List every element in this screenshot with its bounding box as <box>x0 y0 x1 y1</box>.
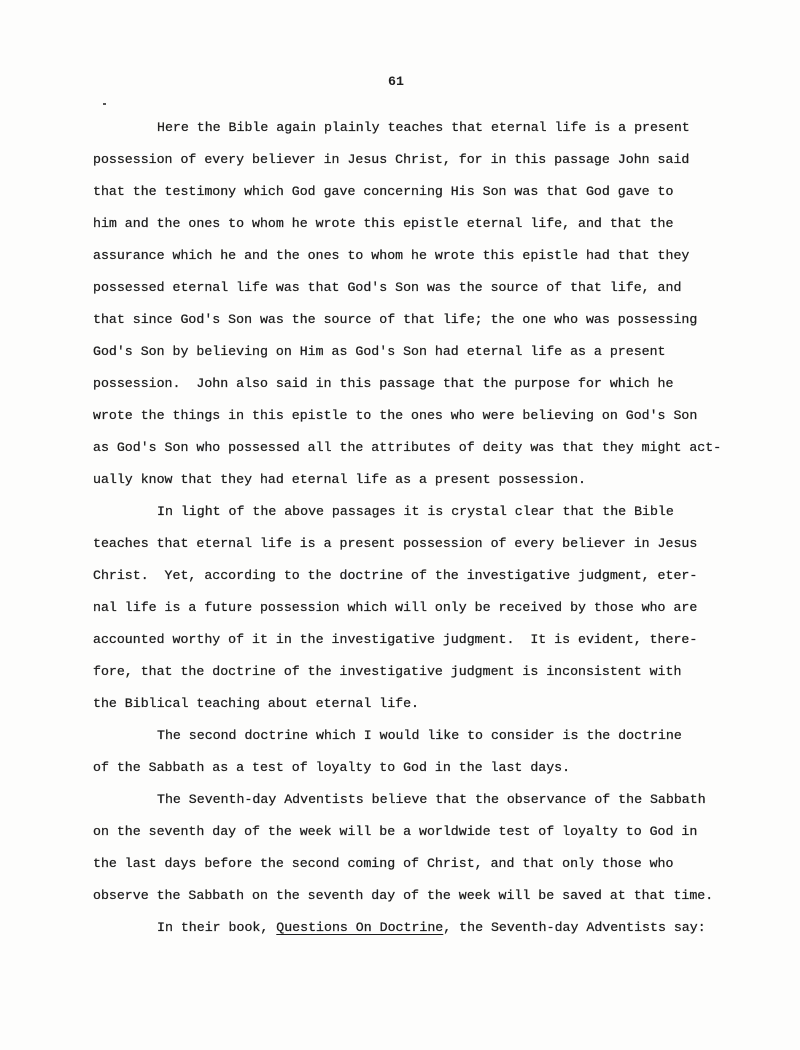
text-span: In their book, <box>157 920 276 935</box>
text-line: possession. John also said in this passa… <box>93 373 743 405</box>
margin-mark <box>103 103 106 105</box>
paragraph-first-line: In their book, Questions On Doctrine, th… <box>93 917 743 949</box>
book-title: Questions On Doctrine <box>276 920 443 935</box>
text-line: possessed eternal life was that God's So… <box>93 277 743 309</box>
text-line: wrote the things in this epistle to the … <box>93 405 743 437</box>
paragraph-first-line: Here the Bible again plainly teaches tha… <box>93 117 743 149</box>
document-page: 61 Here the Bible again plainly teaches … <box>0 0 800 1050</box>
text-line: that since God's Son was the source of t… <box>93 309 743 341</box>
text-line: nal life is a future possession which wi… <box>93 597 743 629</box>
text-line: of the Sabbath as a test of loyalty to G… <box>93 757 743 789</box>
paragraph-first-line: The second doctrine which I would like t… <box>93 725 743 757</box>
text-line: as God's Son who possessed all the attri… <box>93 437 743 469</box>
text-line: assurance which he and the ones to whom … <box>93 245 743 277</box>
page-number: 61 <box>0 74 792 89</box>
text-line: ually know that they had eternal life as… <box>93 469 743 501</box>
text-line: teaches that eternal life is a present p… <box>93 533 743 565</box>
text-line: the Biblical teaching about eternal life… <box>93 693 743 725</box>
paragraph-first-line: The Seventh-day Adventists believe that … <box>93 789 743 821</box>
paragraph-first-line: In light of the above passages it is cry… <box>93 501 743 533</box>
text-line: possession of every believer in Jesus Ch… <box>93 149 743 181</box>
text-line: that the testimony which God gave concer… <box>93 181 743 213</box>
text-line: on the seventh day of the week will be a… <box>93 821 743 853</box>
text-span: , the Seventh-day Adventists say: <box>443 920 705 935</box>
text-line: him and the ones to whom he wrote this e… <box>93 213 743 245</box>
body-text: Here the Bible again plainly teaches tha… <box>93 117 743 949</box>
text-line: God's Son by believing on Him as God's S… <box>93 341 743 373</box>
text-line: observe the Sabbath on the seventh day o… <box>93 885 743 917</box>
text-line: fore, that the doctrine of the investiga… <box>93 661 743 693</box>
text-line: Christ. Yet, according to the doctrine o… <box>93 565 743 597</box>
text-line: accounted worthy of it in the investigat… <box>93 629 743 661</box>
text-line: the last days before the second coming o… <box>93 853 743 885</box>
